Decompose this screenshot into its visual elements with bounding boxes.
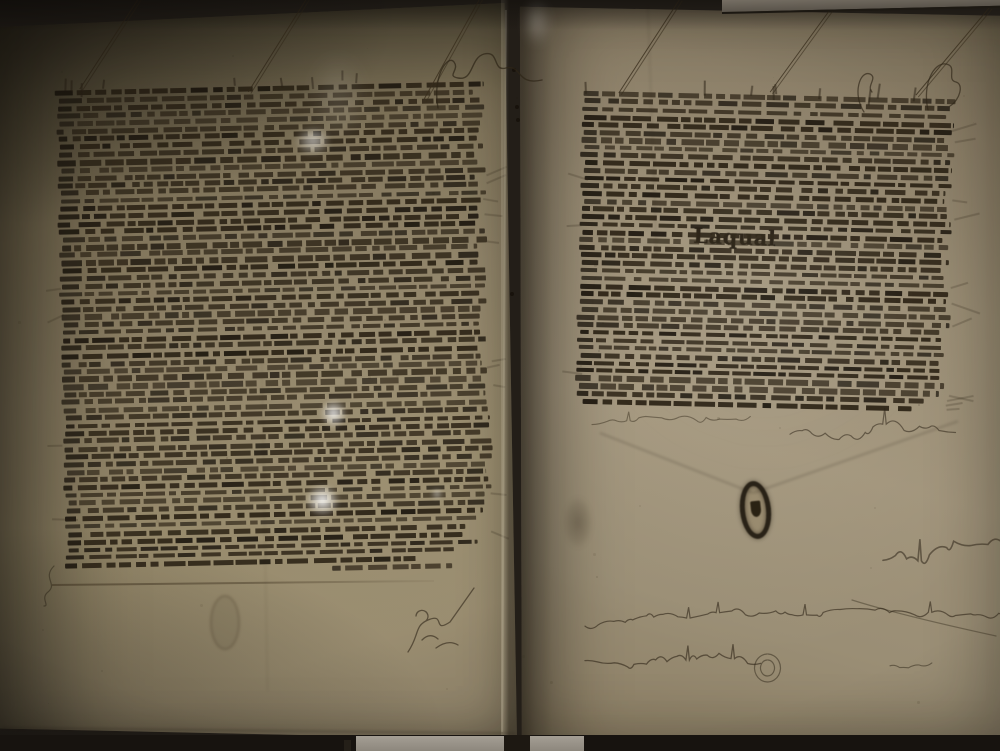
parchment-speck	[432, 192, 435, 195]
parchment-speck	[368, 376, 371, 379]
ascender-stroke	[584, 82, 586, 94]
scrawl-docket-line-2	[585, 646, 757, 676]
flourish-tail	[946, 402, 963, 406]
seam-hole	[510, 292, 514, 296]
flourish-tail	[952, 199, 967, 203]
parchment-speck	[522, 655, 525, 658]
flourish-tail	[47, 445, 62, 447]
parchment-speck	[870, 567, 872, 569]
floor-light-patch	[356, 736, 584, 751]
scrawl-stroke	[858, 74, 873, 112]
flourish-tail	[46, 288, 61, 292]
ascender-stroke	[71, 80, 73, 91]
parchment-speck	[917, 701, 920, 704]
scrawl-top-curl-right-page-a	[848, 64, 878, 114]
scrawl-stroke	[755, 654, 781, 682]
glass-glare	[310, 52, 365, 147]
ascender-stroke	[102, 80, 105, 89]
parchment-speck	[396, 374, 399, 377]
ascender-stroke	[233, 78, 235, 86]
flourish-tail	[955, 138, 976, 143]
scrawl-rubric	[883, 540, 991, 584]
flourish-tail	[487, 364, 500, 368]
parchment-speck	[234, 132, 236, 134]
scrawl-top-curl-left-page	[430, 46, 548, 112]
glass-glare	[524, 0, 550, 46]
flourish-tail	[484, 213, 502, 216]
scrawl-stroke	[585, 644, 761, 668]
ascender-stroke	[280, 78, 283, 88]
ascender-stroke	[64, 78, 66, 90]
seam-gap-bottom	[504, 735, 530, 751]
scrawl-top-curl-right-page-b	[920, 56, 964, 114]
parchment-speck	[918, 404, 920, 406]
glass-glare	[320, 399, 347, 428]
flourish-tail	[52, 518, 78, 520]
parchment-speck	[61, 71, 63, 73]
flourish-tail	[951, 123, 976, 132]
flourish-tail	[567, 224, 582, 227]
floor-dark-mark	[344, 740, 351, 751]
scrawl-stroke	[883, 539, 1000, 563]
parchment-speck	[200, 604, 203, 607]
parchment-speck	[384, 319, 386, 321]
parchment-speck	[593, 553, 596, 556]
parchment-speck	[321, 271, 324, 274]
scrawl-circle-flourish	[752, 652, 782, 684]
scrawl-long-stroke	[850, 596, 998, 640]
parchment-speck	[756, 109, 757, 110]
parchment-speck	[263, 156, 266, 159]
scrawl-docket-mark	[890, 656, 926, 672]
scrawl-stroke	[408, 588, 474, 652]
manuscript-photo: Laqual	[0, 0, 1000, 751]
scrawl-rule-end-flourish	[40, 562, 62, 608]
flourish-tail	[483, 198, 498, 202]
ascender-stroke	[704, 81, 706, 96]
scrawl-stroke	[890, 663, 932, 668]
parchment-speck	[101, 670, 103, 672]
scrawl-left-signature	[402, 582, 480, 660]
parchment-speck	[594, 264, 597, 267]
flourish-tail	[952, 318, 972, 328]
parchment-speck	[598, 350, 600, 352]
parchment-speck	[874, 507, 876, 509]
parchment-speck	[938, 123, 940, 125]
glass-glare	[600, 160, 930, 460]
seam-hole	[516, 118, 520, 122]
parchment-speck	[446, 688, 448, 690]
flourish-tail	[954, 213, 980, 221]
glass-glare	[431, 488, 443, 500]
manuscript-line	[332, 563, 452, 571]
left-text-block	[55, 81, 496, 582]
scrawl-stroke	[926, 64, 960, 110]
scrawl-stroke	[437, 54, 542, 108]
parchment-speck	[18, 321, 21, 324]
flourish-tail	[951, 303, 980, 315]
parchment-speck	[156, 520, 159, 523]
flourish-tail	[950, 282, 968, 289]
faint-seal-mark-right-page	[563, 496, 593, 549]
page-seam-shadow	[501, 0, 553, 751]
glass-glare	[305, 484, 340, 517]
scrawl-stroke	[44, 566, 54, 606]
scrawl-stroke	[852, 600, 996, 636]
flourish-tail	[487, 241, 499, 244]
flourish-tail	[946, 408, 959, 411]
parchment-speck	[232, 55, 234, 57]
seal-emblem	[750, 500, 762, 517]
faint-seal-mark-left-page	[210, 595, 240, 650]
parchment-speck	[302, 161, 304, 163]
parchment-speck	[550, 681, 553, 684]
